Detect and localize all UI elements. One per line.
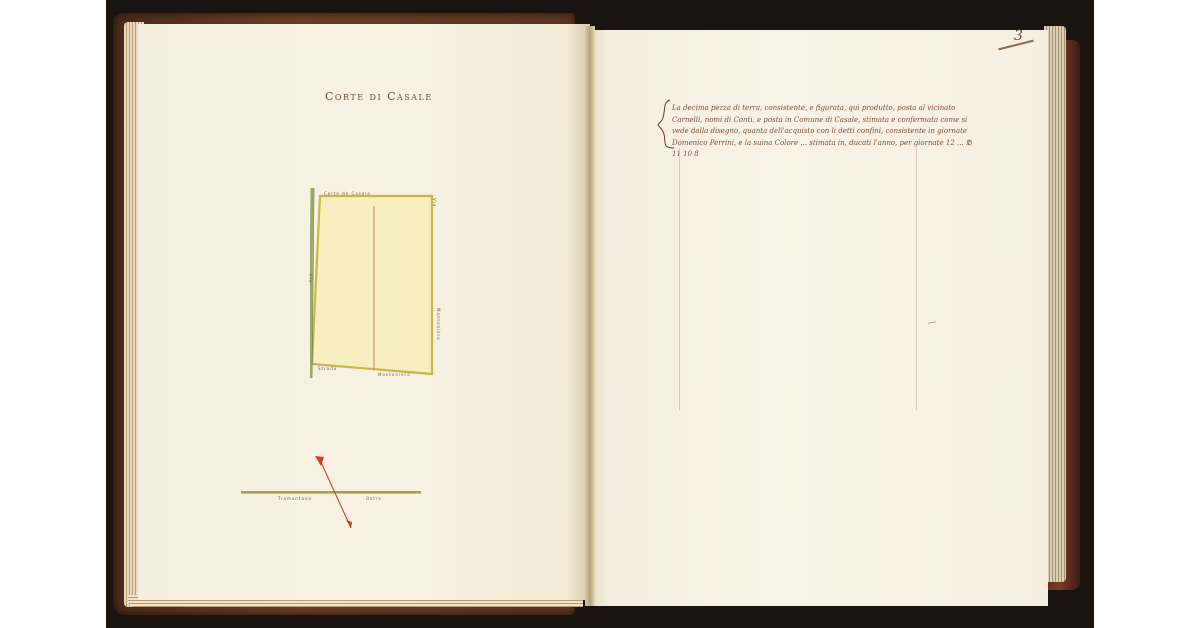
ruled-margin-left — [679, 148, 680, 410]
manuscript-entry: La decima pezza di terra, consistente, e… — [672, 103, 982, 161]
entry-line: Carnelli, nomi di Conti, e posta in Comu… — [672, 115, 982, 127]
plot-label-left: Rio — [308, 274, 313, 283]
plot-label-bottom-right: Montoniero — [378, 372, 411, 377]
ruled-margin-right — [916, 148, 917, 410]
map-title: Corte di Casale — [325, 90, 475, 103]
land-plot-drawing — [310, 188, 440, 378]
land-plot-map: Corte de Casale Via Rio Montoniero Strad… — [310, 188, 440, 378]
entry-line: vede dalla disegno, quanta dell'acquisto… — [672, 126, 982, 138]
compass-label-right: Ostro — [366, 496, 382, 501]
entry-line: Domenico Perrini, e la suina Colore ... … — [672, 138, 982, 161]
plot-label-top-right: Via — [432, 198, 437, 207]
plot-label-right: Montoniero — [436, 308, 441, 341]
book-gutter — [585, 26, 595, 606]
compass-label-left: Tramontana — [278, 496, 312, 501]
plot-label-top: Corte de Casale — [324, 191, 371, 196]
plot-label-bottom-left: Strada — [318, 366, 337, 371]
entry-line: La decima pezza di terra, consistente, e… — [672, 103, 982, 115]
compass-arrow-icon — [238, 452, 428, 532]
compass-rose: Tramontana Ostro — [238, 452, 428, 532]
